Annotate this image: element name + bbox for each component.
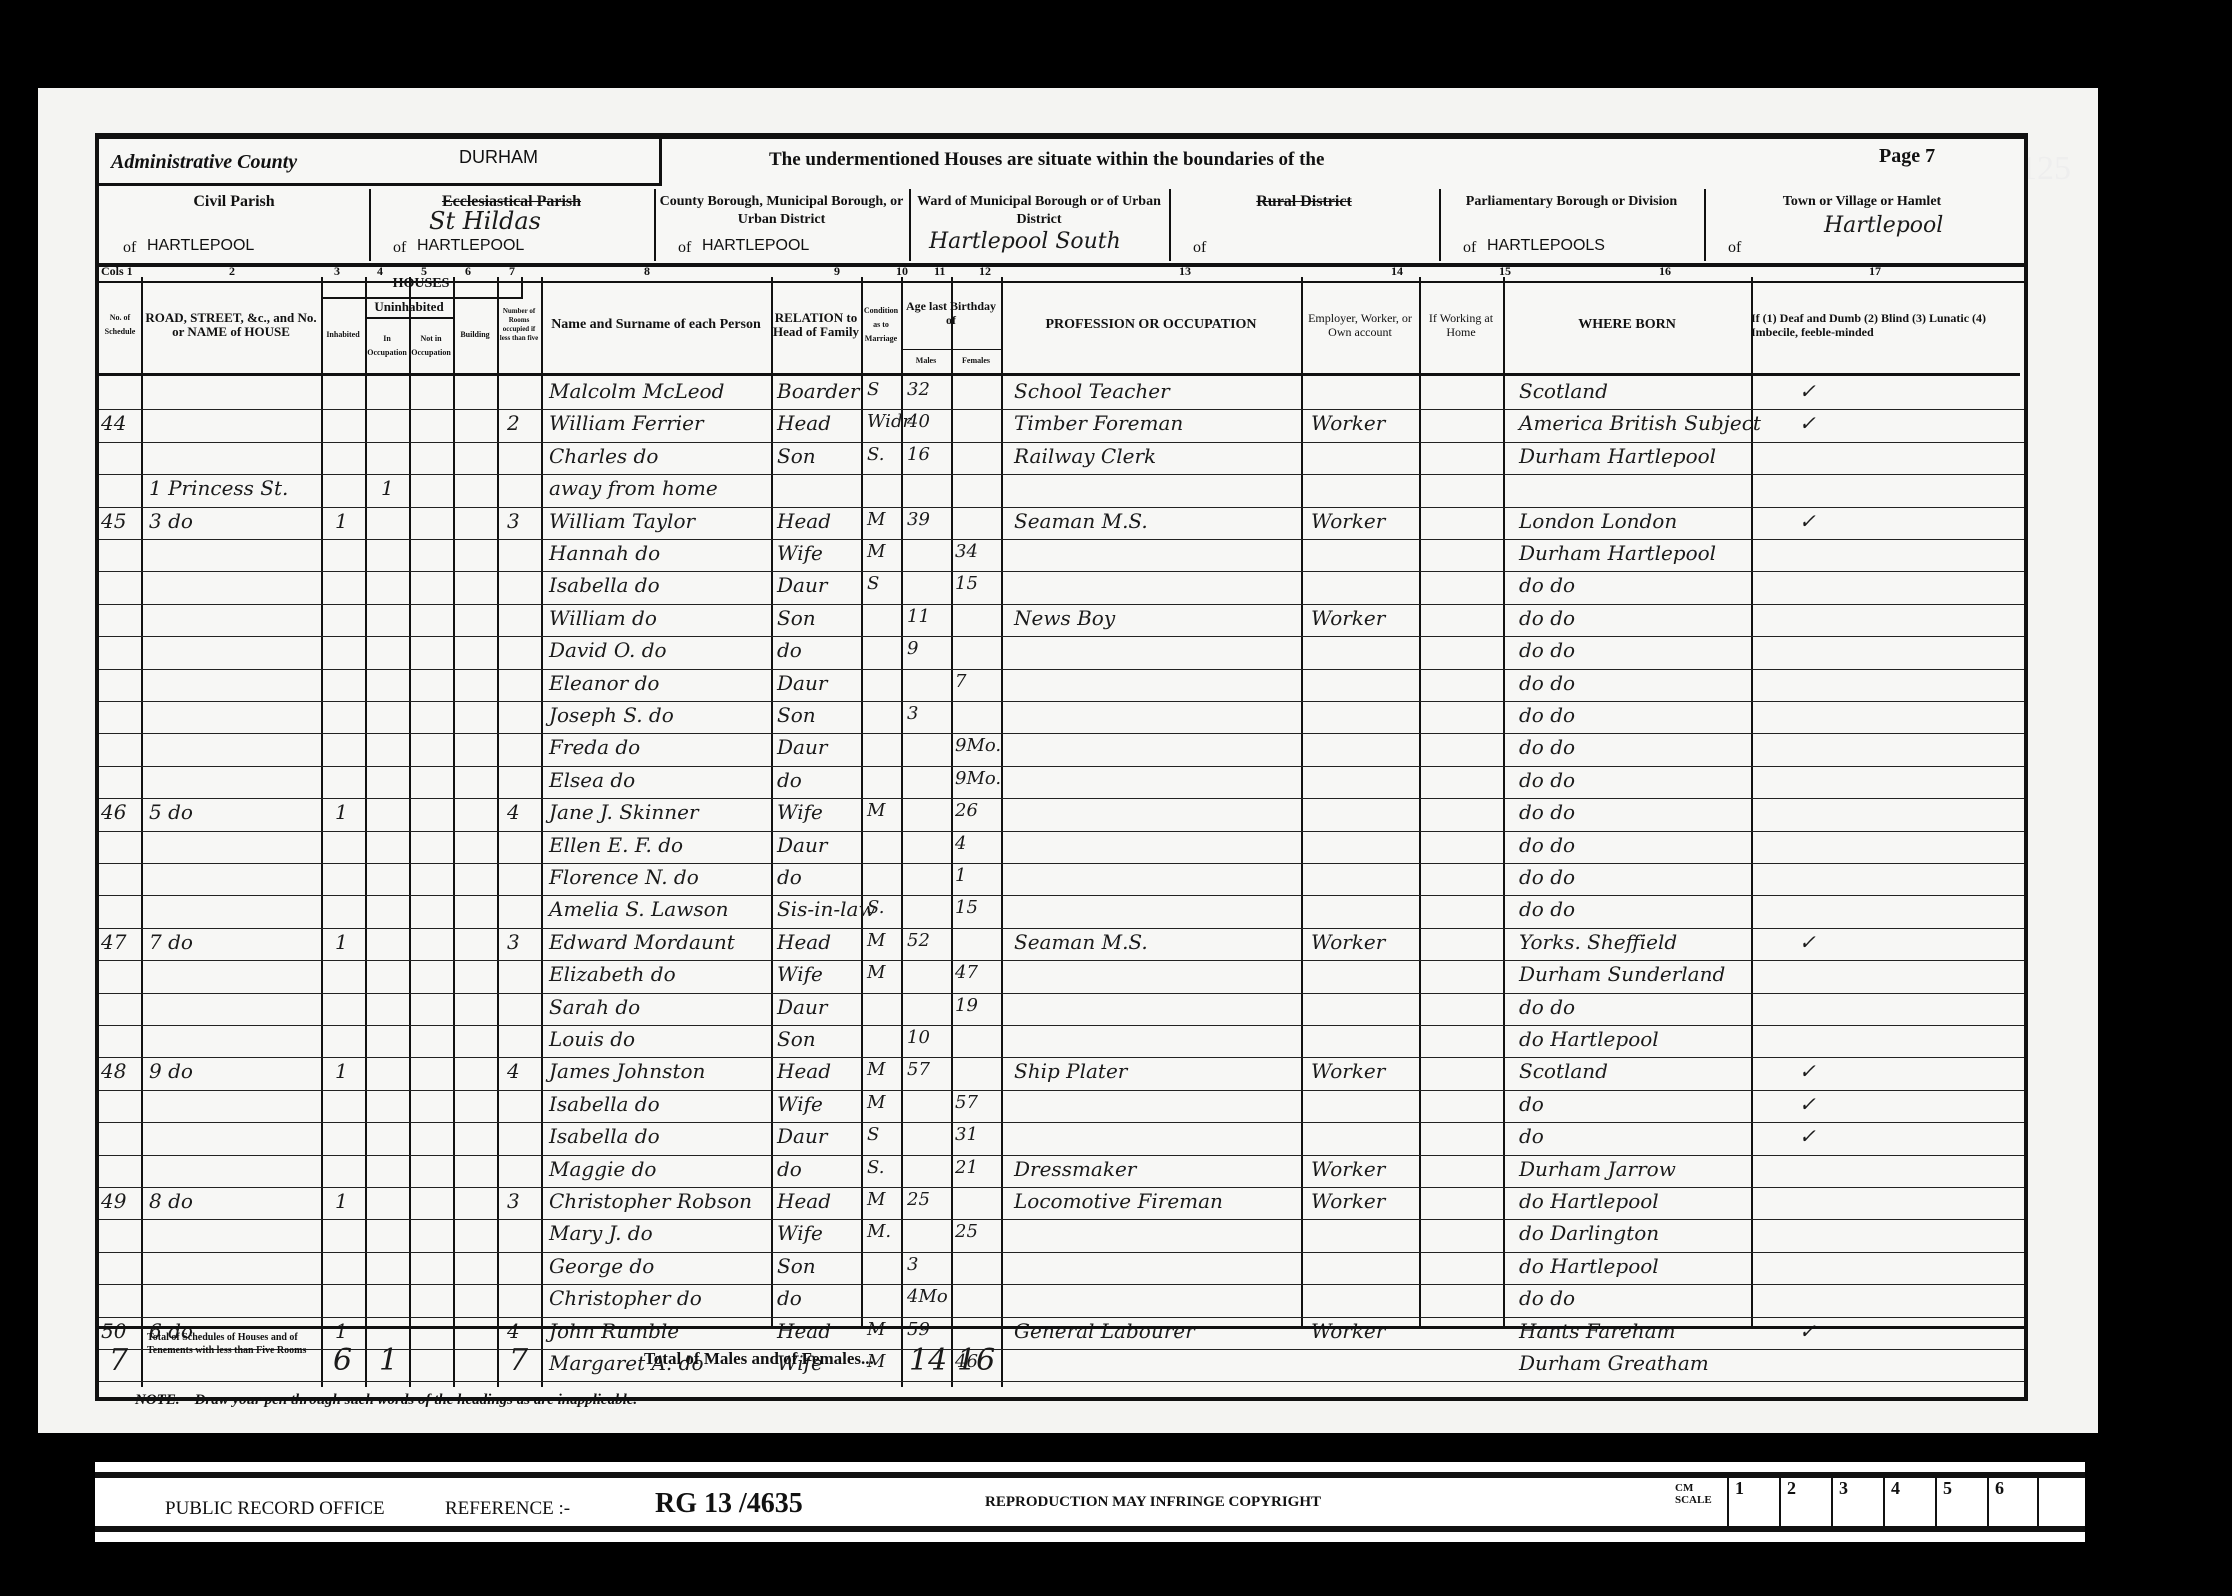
header-condition: Condition as to Marriage [861, 277, 903, 376]
jurisdiction-civil-parish: Civil Parish of HARTLEPOOL [99, 189, 371, 261]
relation: Boarder [777, 379, 859, 407]
condition: M [867, 930, 885, 958]
person-name: William Taylor [549, 509, 695, 537]
birthplace: do do [1519, 995, 1575, 1023]
condition: S. [867, 1157, 884, 1185]
employment-status: Worker [1311, 411, 1385, 439]
age-male: 39 [907, 509, 930, 537]
birthplace: do do [1519, 671, 1575, 699]
inhabited-count: 1 [335, 930, 348, 958]
table-row: Elsea dodo9Mo.do do [99, 766, 2024, 799]
employment-status: Worker [1311, 1189, 1385, 1217]
age-female: 1 [955, 865, 966, 893]
jurisdiction-value: HARTLEPOOL [147, 237, 254, 255]
person-name: Charles do [549, 444, 658, 472]
jurisdiction-value: HARTLEPOOLS [1487, 237, 1605, 255]
footer-scale-label: CM SCALE [1675, 1482, 1715, 1506]
inhabited-count: 1 [335, 509, 348, 537]
age-female: 15 [955, 897, 978, 925]
rooms-count: 4 [507, 800, 520, 828]
condition: S. [867, 444, 884, 472]
person-name: Joseph S. do [549, 703, 674, 731]
admin-county-label: Administrative County [111, 151, 297, 174]
person-name: Freda do [549, 735, 640, 763]
age-female: 31 [955, 1124, 978, 1152]
jurisdiction-ecclesiastical-parish: Ecclesiastical Parish St Hildas of HARTL… [369, 189, 656, 261]
occupation: Railway Clerk [1014, 444, 1156, 472]
relation: do [777, 865, 802, 893]
age-female: 34 [955, 541, 978, 569]
occupation: Locomotive Fireman [1014, 1189, 1223, 1217]
header-occupation: PROFESSION OR OCCUPATION [1001, 277, 1303, 376]
table-row: Louis doSon10do Hartlepool [99, 1025, 2024, 1058]
occupation: Seaman M.S. [1014, 509, 1148, 537]
birthplace: do do [1519, 1286, 1575, 1314]
total-schedules-label: Total of Schedules of Houses and of Tene… [147, 1331, 317, 1357]
birthplace: America British Subject [1519, 411, 1761, 439]
birthplace: Durham Sunderland [1519, 962, 1725, 990]
boundaries-heading: The undermentioned Houses are situate wi… [769, 149, 1324, 171]
age-male: 11 [907, 606, 930, 634]
condition: S. [867, 897, 884, 925]
person-name: Elsea do [549, 768, 635, 796]
page-value: 7 [1925, 145, 1935, 167]
table-row: Christopher dodo4Modo do [99, 1284, 2024, 1317]
footnote: NOTE.—Draw your pen through such words o… [135, 1392, 637, 1409]
birthplace: do [1519, 1092, 1544, 1120]
of-label: of [123, 239, 136, 257]
person-name: Amelia S. Lawson [549, 897, 729, 925]
condition: M [867, 541, 885, 569]
person-name: away from home [549, 476, 718, 504]
table-row: Isabella doWifeM57do✓ [99, 1090, 2024, 1123]
birthplace: do do [1519, 833, 1575, 861]
inhabited-count: 1 [335, 1059, 348, 1087]
header-houses: HOUSES [321, 277, 523, 299]
total-females: 16 [957, 1343, 995, 1378]
jurisdiction-title: County Borough, Municipal Borough, or Ur… [654, 193, 909, 229]
table-row: Hannah doWifeM34Durham Hartlepool [99, 539, 2024, 572]
age-female: 25 [955, 1221, 978, 1249]
schedule-number: 46 [101, 800, 126, 828]
age-female: 47 [955, 962, 978, 990]
jurisdiction-town: Town or Village or Hamlet of Hartlepool [1704, 189, 2020, 261]
header-infirmity: If (1) Deaf and Dumb (2) Blind (3) Lunat… [1751, 277, 2020, 376]
scale-cm: 2 [1779, 1478, 1831, 1528]
scale-cm: 3 [1831, 1478, 1883, 1528]
header-building: Building [453, 297, 499, 376]
total-males: 14 [909, 1343, 947, 1378]
birthplace: do do [1519, 865, 1575, 893]
jurisdiction-title: Civil Parish [99, 193, 369, 211]
jurisdiction-handwritten: Hartlepool [1824, 213, 1943, 238]
schedule-number: 49 [101, 1189, 126, 1217]
age-male: 52 [907, 930, 930, 958]
relation: Sis-in-law [777, 897, 876, 925]
relation: Head [777, 411, 831, 439]
page-number: Page 7 [1879, 145, 1935, 168]
table-row: William doSon11News BoyWorkerdo do [99, 604, 2024, 637]
age-male: 32 [907, 379, 930, 407]
relation: Daur [777, 671, 827, 699]
age-male: 10 [907, 1027, 930, 1055]
table-row: Isabella doDaurS15do do [99, 571, 2024, 604]
header-inhabited: Inhabited [321, 297, 367, 376]
occupation: News Boy [1014, 606, 1115, 634]
of-label: of [678, 239, 691, 257]
of-label: of [1728, 239, 1741, 257]
header-rooms: Number of Rooms occupied if less than fi… [497, 277, 543, 376]
birthplace: do do [1519, 800, 1575, 828]
infirmity-mark: ✓ [1799, 1059, 1816, 1087]
admin-county-box: Administrative County DURHAM [99, 139, 662, 186]
scale-cm: 4 [1883, 1478, 1935, 1528]
person-name: William do [549, 606, 657, 634]
occupation: Dressmaker [1014, 1157, 1136, 1185]
infirmity-mark: ✓ [1799, 1092, 1816, 1120]
birthplace: Durham Hartlepool [1519, 541, 1716, 569]
header-in-occupation: In Occupation [365, 319, 411, 376]
total-inhabited: 6 [333, 1343, 352, 1378]
condition: M [867, 800, 885, 828]
of-label: of [393, 239, 406, 257]
rooms-count: 3 [507, 509, 520, 537]
jurisdiction-value: HARTLEPOOL [417, 237, 524, 255]
table-row: Joseph S. doSon3do do [99, 701, 2024, 734]
schedule-number: 48 [101, 1059, 126, 1087]
birthplace: Scotland [1519, 379, 1608, 407]
relation: Son [777, 703, 816, 731]
footer-copyright: REPRODUCTION MAY INFRINGE COPYRIGHT [985, 1494, 1321, 1511]
age-female: 4 [955, 833, 966, 861]
scale-cm: 5 [1935, 1478, 1987, 1528]
relation: Son [777, 1027, 816, 1055]
age-female: 26 [955, 800, 978, 828]
age-female: 9Mo. [955, 735, 1001, 763]
age-female: 19 [955, 995, 978, 1023]
jurisdiction-parliamentary-borough: Parliamentary Borough or Division of HAR… [1439, 189, 1706, 261]
header-not-in-occupation: Not in Occupation [409, 319, 455, 376]
relation: Daur [777, 1124, 827, 1152]
birthplace: do do [1519, 897, 1575, 925]
table-row: 465 do14Jane J. SkinnerWifeM26do do [99, 798, 2024, 831]
relation: Daur [777, 735, 827, 763]
rooms-count: 4 [507, 1059, 520, 1087]
footer-reference: RG 13 /4635 [655, 1488, 803, 1520]
rooms-count: 3 [507, 930, 520, 958]
birthplace: Scotland [1519, 1059, 1608, 1087]
employment-status: Worker [1311, 509, 1385, 537]
person-name: David O. do [549, 638, 667, 666]
road-address: 9 do [149, 1059, 193, 1087]
inhabited-count: 1 [335, 800, 348, 828]
condition: M [867, 962, 885, 990]
birthplace: do do [1519, 735, 1575, 763]
person-name: Ellen E. F. do [549, 833, 683, 861]
birthplace: do Hartlepool [1519, 1027, 1659, 1055]
table-row: David O. dodo9do do [99, 636, 2024, 669]
header-road: ROAD, STREET, &c., and No. or NAME of HO… [141, 277, 323, 376]
employment-status: Worker [1311, 1157, 1385, 1185]
age-male: 40 [907, 411, 930, 439]
table-row: 442William FerrierHeadWidr40Timber Forem… [99, 409, 2024, 442]
relation: Son [777, 1254, 816, 1282]
jurisdiction-borough: County Borough, Municipal Borough, or Ur… [654, 189, 911, 261]
employment-status: Worker [1311, 1059, 1385, 1087]
schedule-number: 45 [101, 509, 126, 537]
age-female: 9Mo. [955, 768, 1001, 796]
total-rooms: 7 [509, 1343, 528, 1378]
age-male: 9 [907, 638, 918, 666]
archive-footer: PUBLIC RECORD OFFICE REFERENCE :- RG 13 … [95, 1462, 2085, 1542]
condition: S [867, 379, 879, 407]
birthplace: do [1519, 1124, 1544, 1152]
infirmity-mark: ✓ [1799, 930, 1816, 958]
person-name: Christopher do [549, 1286, 702, 1314]
relation: Wife [777, 541, 823, 569]
occupation: Seaman M.S. [1014, 930, 1148, 958]
person-name: George do [549, 1254, 654, 1282]
occupation: Timber Foreman [1014, 411, 1183, 439]
birthplace: do Hartlepool [1519, 1189, 1659, 1217]
total-schedules: 7 [109, 1343, 128, 1378]
person-name: Eleanor do [549, 671, 659, 699]
age-male: 3 [907, 1254, 918, 1282]
person-name: Maggie do [549, 1157, 656, 1185]
relation: Head [777, 1059, 831, 1087]
table-row: Mary J. doWifeM.25do Darlington [99, 1219, 2024, 1252]
scale-cm: 6 [1987, 1478, 2039, 1528]
table-row: Isabella doDaurS31do✓ [99, 1122, 2024, 1155]
relation: Daur [777, 995, 827, 1023]
table-row: 1 Princess St.1away from home [99, 474, 2024, 507]
header-where-born: WHERE BORN [1503, 277, 1753, 376]
scale-cm: 1 [1727, 1478, 1779, 1528]
condition: S [867, 1124, 879, 1152]
schedule-number: 44 [101, 411, 126, 439]
infirmity-mark: ✓ [1799, 379, 1816, 407]
table-row: Florence N. dodo1do do [99, 863, 2024, 896]
relation: do [777, 638, 802, 666]
footer-office: PUBLIC RECORD OFFICE [165, 1498, 385, 1520]
table-row: Malcolm McLeodBoarderS32School TeacherSc… [99, 377, 2024, 410]
age-female: 7 [955, 671, 966, 699]
total-persons-label: Total of Males and of Females... [644, 1349, 874, 1369]
table-row: 477 do13Edward MordauntHeadM52Seaman M.S… [99, 928, 2024, 961]
birthplace: Yorks. Sheffield [1519, 930, 1677, 958]
table-row: Freda doDaur9Mo.do do [99, 733, 2024, 766]
totals-row: 7 Total of Schedules of Houses and of Te… [99, 1326, 2024, 1391]
person-name: Isabella do [549, 1092, 660, 1120]
birthplace: do do [1519, 638, 1575, 666]
census-sheet: Administrative County DURHAM The underme… [95, 133, 2028, 1401]
uninhabited-count: 1 [381, 476, 394, 504]
footer-reference-label: REFERENCE :- [445, 1498, 570, 1520]
birthplace: do do [1519, 573, 1575, 601]
table-row: 453 do13William TaylorHeadM39Seaman M.S.… [99, 507, 2024, 540]
relation: Daur [777, 833, 827, 861]
header-relation: RELATION to Head of Family [771, 277, 863, 376]
condition: M [867, 1059, 885, 1087]
age-female: 57 [955, 1092, 978, 1120]
rooms-count: 3 [507, 1189, 520, 1217]
infirmity-mark: ✓ [1799, 1124, 1816, 1152]
table-row: George doSon3do Hartlepool [99, 1252, 2024, 1285]
age-female: 15 [955, 573, 978, 601]
condition: Widr [867, 411, 911, 439]
person-name: Edward Mordaunt [549, 930, 735, 958]
person-name: Florence N. do [549, 865, 699, 893]
road-address: 8 do [149, 1189, 193, 1217]
condition: M [867, 1189, 885, 1217]
page-label: Page [1879, 145, 1920, 167]
inhabited-count: 1 [335, 1189, 348, 1217]
age-male: 57 [907, 1059, 930, 1087]
person-name: James Johnston [549, 1059, 705, 1087]
birthplace: London London [1519, 509, 1677, 537]
person-name: Isabella do [549, 573, 660, 601]
road-address: 1 Princess St. [149, 476, 288, 504]
road-address: 7 do [149, 930, 193, 958]
table-row: Charles doSonS.16Railway ClerkDurham Har… [99, 442, 2024, 475]
header-males: Males [901, 349, 953, 376]
header-at-home: If Working at Home [1419, 277, 1505, 376]
of-label: of [1463, 239, 1476, 257]
age-male: 3 [907, 703, 918, 731]
table-row: 489 do14James JohnstonHeadM57Ship Plater… [99, 1057, 2024, 1090]
header-females: Females [951, 349, 1003, 376]
jurisdiction-rural-district: Rural District of [1169, 189, 1441, 261]
relation: Wife [777, 1092, 823, 1120]
jurisdiction-ward: Ward of Municipal Borough or of Urban Di… [909, 189, 1171, 261]
person-name: Jane J. Skinner [549, 800, 699, 828]
age-male: 25 [907, 1189, 930, 1217]
person-name: Hannah do [549, 541, 660, 569]
relation: Wife [777, 1221, 823, 1249]
total-uninhabited: 1 [379, 1343, 398, 1378]
person-name: Isabella do [549, 1124, 660, 1152]
relation: do [777, 1286, 802, 1314]
condition: M [867, 509, 885, 537]
rooms-count: 2 [507, 411, 520, 439]
birthplace: do do [1519, 606, 1575, 634]
birthplace: do Darlington [1519, 1221, 1659, 1249]
relation: do [777, 768, 802, 796]
jurisdiction-title: Parliamentary Borough or Division [1439, 193, 1704, 211]
person-name: Christopher Robson [549, 1189, 752, 1217]
relation: do [777, 1157, 802, 1185]
birthplace: do do [1519, 768, 1575, 796]
table-row: Amelia S. LawsonSis-in-lawS.15do do [99, 895, 2024, 928]
birthplace: do Hartlepool [1519, 1254, 1659, 1282]
header-schedule: No. of Schedule [99, 277, 143, 376]
age-male: 4Mo [907, 1286, 948, 1314]
jurisdiction-value: HARTLEPOOL [702, 237, 809, 255]
birthplace: Durham Hartlepool [1519, 444, 1716, 472]
schedule-number: 47 [101, 930, 126, 958]
table-row: Elizabeth doWifeM47Durham Sunderland [99, 960, 2024, 993]
person-name: Malcolm McLeod [549, 379, 724, 407]
table-row: Maggie dodoS.21DressmakerWorkerDurham Ja… [99, 1155, 2024, 1188]
occupation: Ship Plater [1014, 1059, 1127, 1087]
relation: Son [777, 444, 816, 472]
condition: M. [867, 1221, 891, 1249]
road-address: 3 do [149, 509, 193, 537]
employment-status: Worker [1311, 930, 1385, 958]
jurisdiction-title: Ward of Municipal Borough or of Urban Di… [909, 193, 1169, 229]
relation: Daur [777, 573, 827, 601]
relation: Wife [777, 962, 823, 990]
person-name: Mary J. do [549, 1221, 653, 1249]
relation: Head [777, 509, 831, 537]
relation: Wife [777, 800, 823, 828]
birthplace: Durham Jarrow [1519, 1157, 1676, 1185]
table-row: Ellen E. F. doDaur4do do [99, 831, 2024, 864]
table-row: 498 do13Christopher RobsonHeadM25Locomot… [99, 1187, 2024, 1220]
infirmity-mark: ✓ [1799, 411, 1816, 439]
age-male: 16 [907, 444, 930, 472]
relation: Son [777, 606, 816, 634]
person-name: Louis do [549, 1027, 635, 1055]
jurisdiction-handwritten: St Hildas [429, 207, 541, 235]
relation: Head [777, 1189, 831, 1217]
person-name: Sarah do [549, 995, 640, 1023]
birthplace: do do [1519, 703, 1575, 731]
header-name: Name and Surname of each Person [541, 277, 773, 376]
admin-county-value: DURHAM [459, 147, 538, 168]
condition: S [867, 573, 879, 601]
person-name: Elizabeth do [549, 962, 676, 990]
jurisdiction-title: Rural District [1169, 193, 1439, 211]
occupation: School Teacher [1014, 379, 1170, 407]
road-address: 5 do [149, 800, 193, 828]
of-label: of [1193, 239, 1206, 257]
jurisdiction-handwritten: Hartlepool South [929, 229, 1121, 254]
jurisdiction-title: Town or Village or Hamlet [1704, 193, 2020, 211]
condition: M [867, 1092, 885, 1120]
table-row: Sarah doDaur19do do [99, 993, 2024, 1026]
relation: Head [777, 930, 831, 958]
table-row: Eleanor doDaur7do do [99, 669, 2024, 702]
person-name: William Ferrier [549, 411, 704, 439]
infirmity-mark: ✓ [1799, 509, 1816, 537]
header-employer: Employer, Worker, or Own account [1301, 277, 1421, 376]
employment-status: Worker [1311, 606, 1385, 634]
age-female: 21 [955, 1157, 978, 1185]
